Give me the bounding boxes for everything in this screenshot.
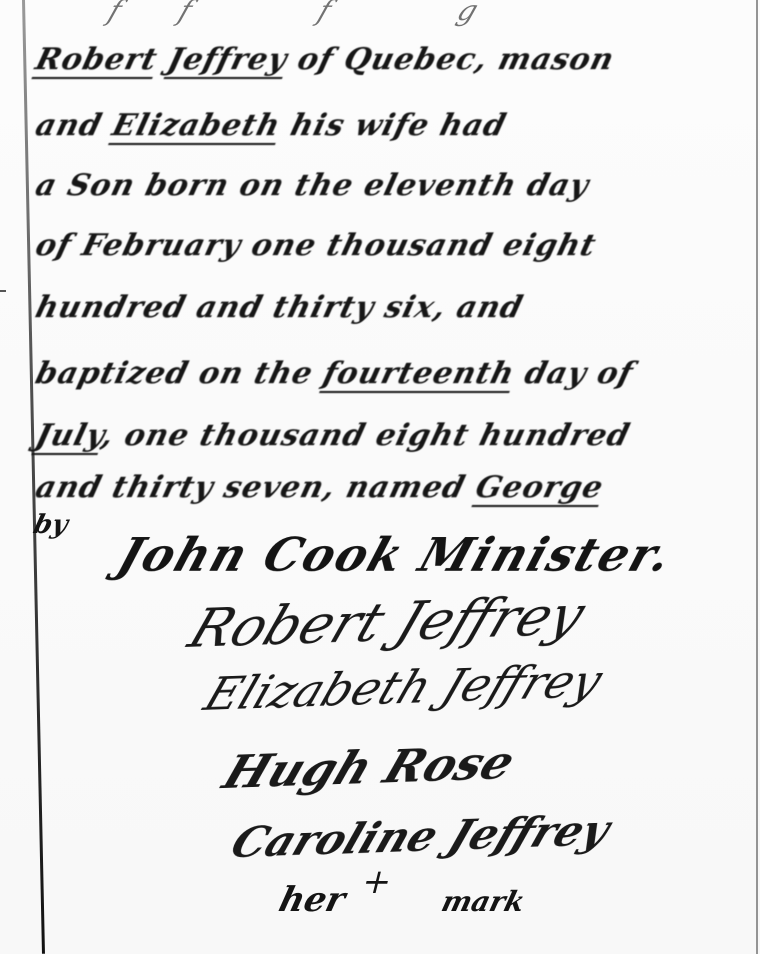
entry-line: and thirty seven, named George	[32, 470, 607, 505]
entry-text: hundred and thirty six, and	[32, 290, 527, 325]
signature-mother: Elizabeth Jeffrey	[197, 653, 610, 720]
entry-text: of February one thousand eight	[32, 228, 600, 263]
her-mark-line: her+mark	[275, 880, 530, 920]
mark-suffix: mark	[438, 885, 528, 918]
underlined-name: Jeffrey	[164, 42, 291, 77]
entry-text: a Son born on the eleventh day	[32, 168, 593, 203]
entry-text: and thirty seven, named	[32, 470, 481, 505]
cross-mark-icon: +	[358, 862, 396, 902]
mark-prefix: her	[275, 880, 349, 920]
right-edge-rule	[756, 0, 758, 954]
entry-text: of Quebec, mason	[283, 42, 619, 77]
underlined-name: fourteenth	[320, 356, 519, 391]
entry-text: day of	[510, 356, 637, 391]
entry-line: July, one thousand eight hundred	[32, 418, 634, 453]
underlined-name: Elizabeth	[109, 108, 285, 143]
entry-text: and	[32, 108, 117, 143]
entry-text: his wife had	[276, 108, 511, 143]
entry-line: and Elizabeth his wife had	[32, 108, 510, 143]
by-label: by	[30, 510, 71, 540]
entry-line: baptized on the fourteenth day of	[32, 356, 637, 391]
underlined-name: Robert	[32, 42, 161, 77]
entry-line: of February one thousand eight	[32, 228, 600, 263]
underlined-name: July	[32, 418, 107, 453]
signature-sponsor-2: Caroline Jeffrey	[224, 806, 616, 868]
entry-text: , one thousand eight hundred	[98, 418, 634, 453]
underlined-name: George	[472, 470, 607, 505]
entry-line: hundred and thirty six, and	[32, 290, 527, 325]
signature-sponsor-1: Hugh Rose	[216, 735, 522, 799]
entry-line: a Son born on the eleventh day	[32, 168, 593, 203]
signature-father: Robert Jeffrey	[181, 583, 594, 659]
margin-tick-mark	[0, 290, 6, 292]
officiant-signature: John Cook Minister.	[111, 528, 680, 582]
entry-line: Robert Jeffrey of Quebec, mason	[32, 42, 618, 77]
previous-entry-fragment: ff f g	[104, 0, 543, 27]
register-page: ff f g Robert Jeffrey of Quebec, masonan…	[0, 0, 760, 954]
entry-text: baptized on the	[32, 356, 328, 391]
